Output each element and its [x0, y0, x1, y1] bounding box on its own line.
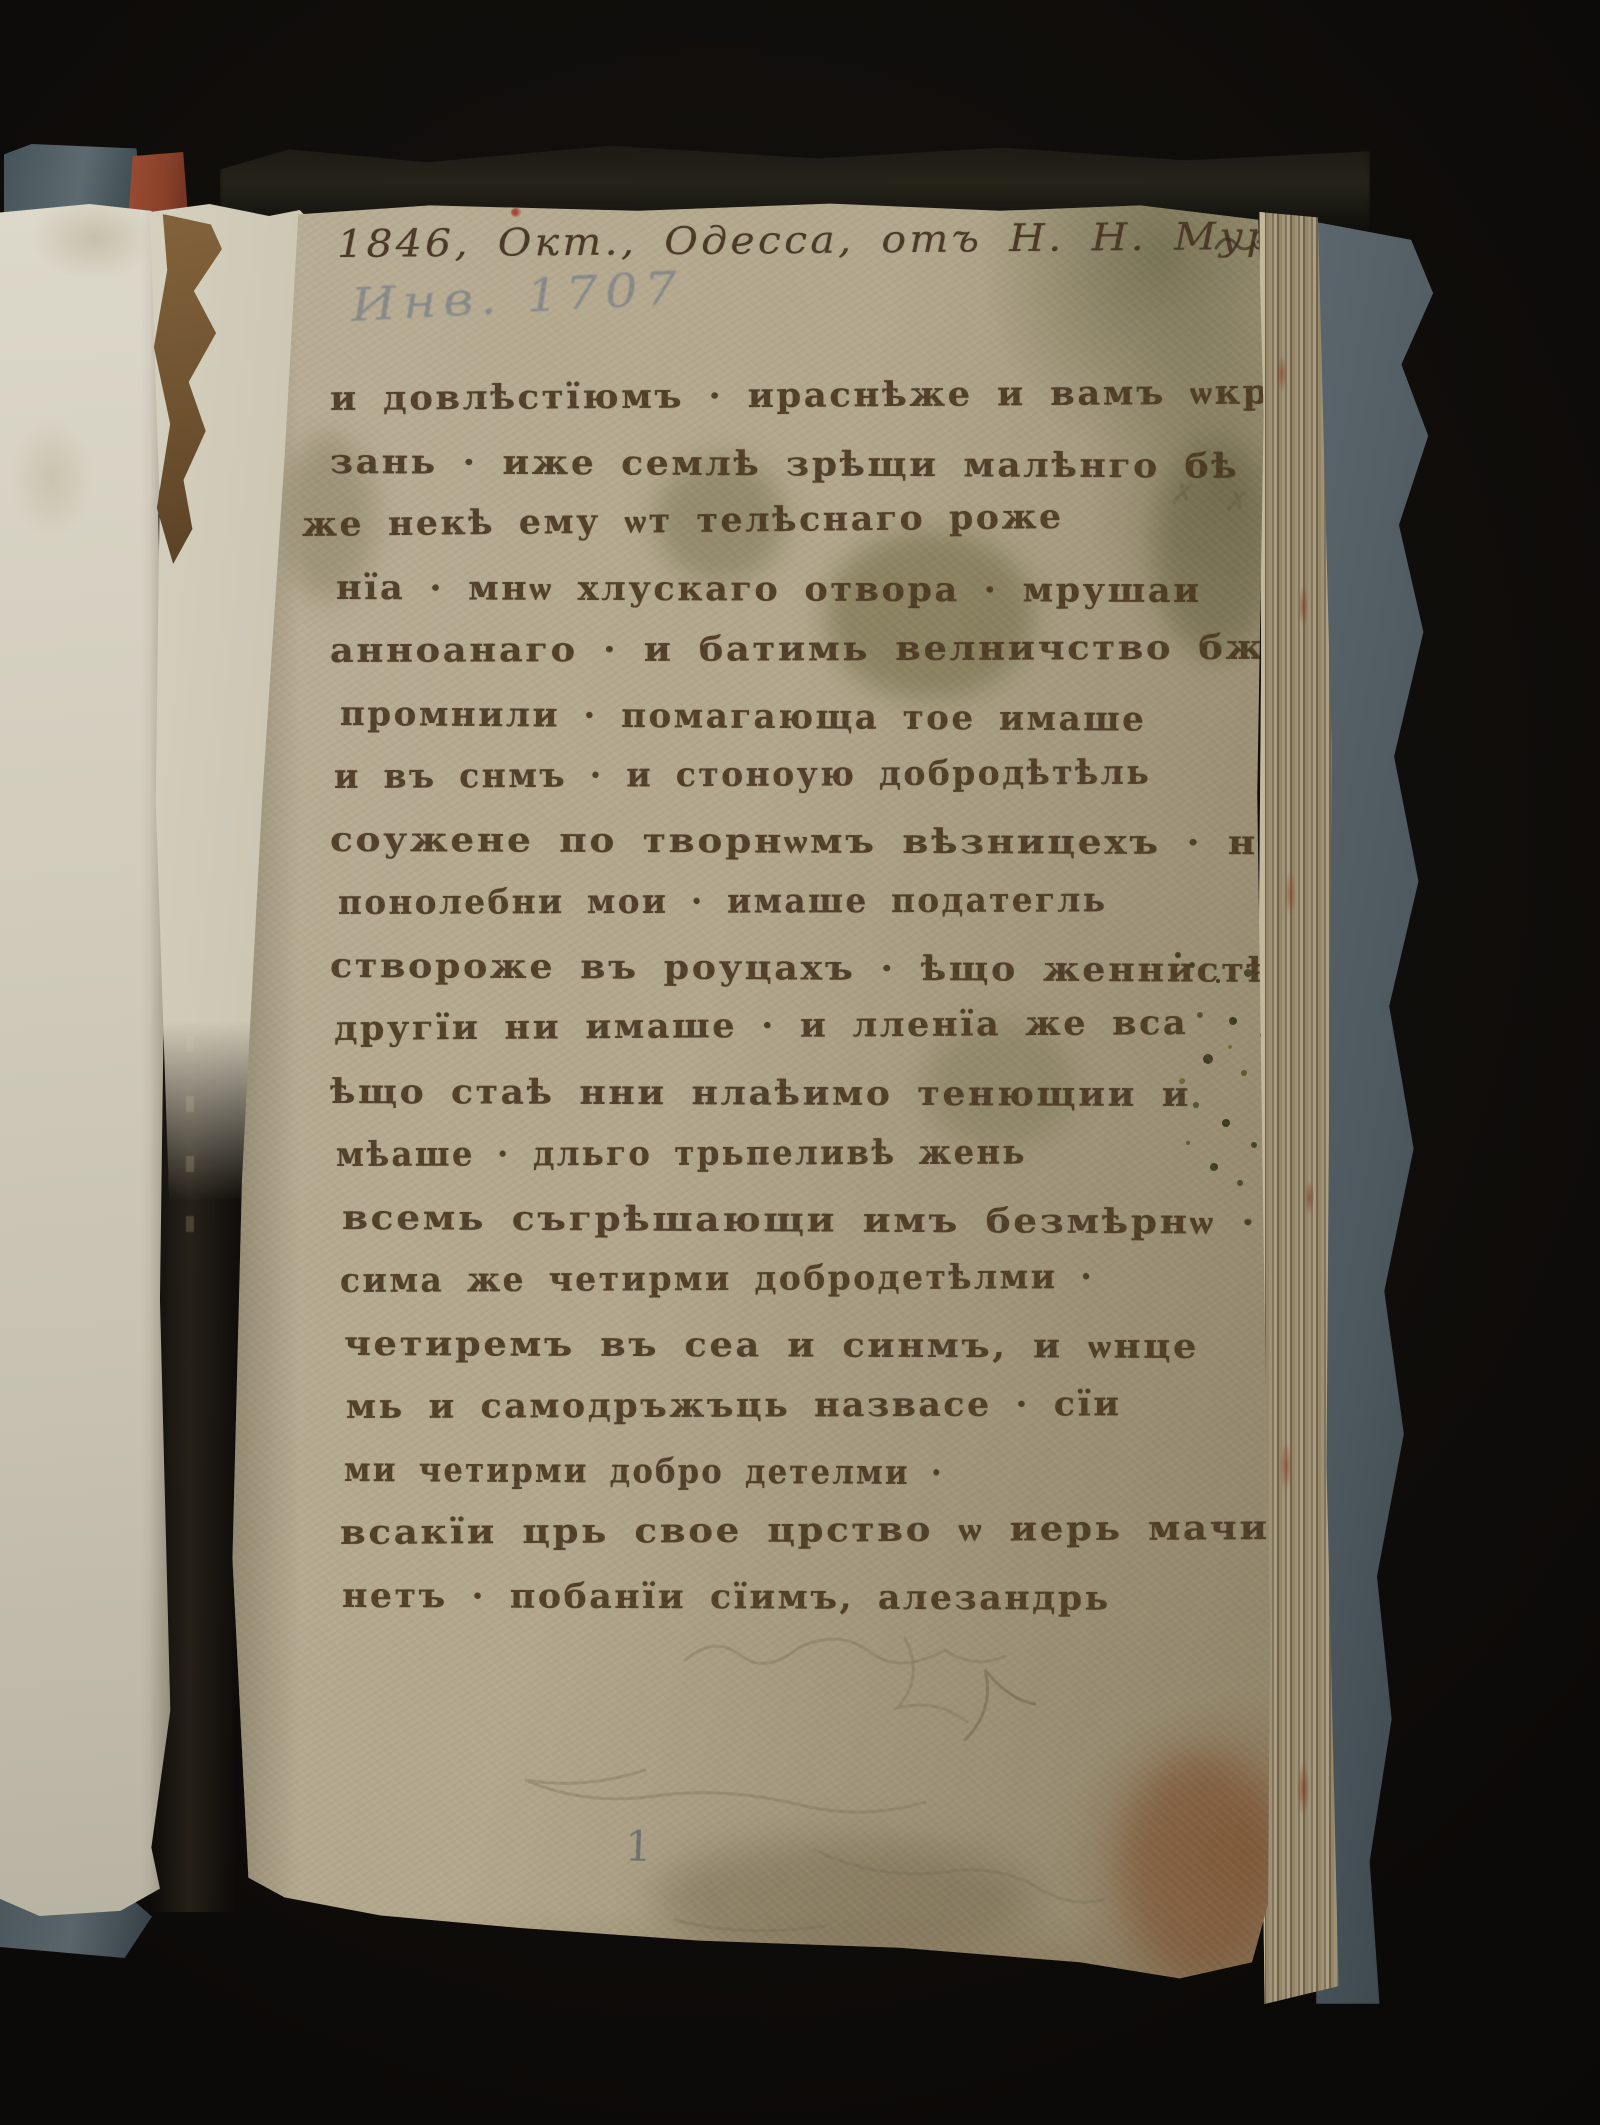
manuscript-line: четиремъ въ сеа и синмъ, и ѡнце — [344, 1313, 1301, 1379]
manuscript-line: анноанаго · и батимь велничство бжїц — [330, 617, 1302, 683]
manuscript-line: нїа · мнѡ хлускаго отвора · мрушаи — [336, 557, 1257, 623]
inventory-note: Инв. 1707 — [350, 261, 686, 332]
rust-stain — [1120, 1755, 1285, 1980]
manuscript-line: ми четирми добро детелми · — [344, 1439, 1142, 1506]
manuscript-line: и довлѣстїюмъ · ираснѣже и вамъ ѡкра — [330, 361, 1266, 431]
manuscript-line: ѣщо стаѣ нни нлаѣимо тенющии и — [330, 1061, 1284, 1127]
back-cover-ragged-edge — [1316, 222, 1438, 2004]
pencil-digit: 1 — [624, 1822, 652, 1872]
manuscript-text-block: и довлѣстїюмъ · ираснѣже и вамъ ѡкра зан… — [330, 368, 1230, 1628]
red-pigment-mark — [511, 208, 523, 217]
manuscript-line: соужене по творнѡмъ вѣзницехъ · нѡ — [330, 809, 1320, 875]
manuscript-line: мь и самодръжъць назвасе · сїи — [346, 1373, 1248, 1439]
manuscript-line: сима же четирми добродетѣлми · — [340, 1245, 1204, 1313]
manuscript-line: всакїи црь свое црство ѡ иерь мачи — [340, 1497, 1310, 1565]
manuscript-line: и въ снмъ · и стоноую добродѣтѣль — [334, 741, 1203, 809]
manuscript-line: мѣаше · дльго трьпеливѣ жень — [336, 1121, 1186, 1187]
manuscript-line: же некѣ ему ѡт телѣснаго роже — [302, 484, 1249, 557]
photo-backdrop: 1846, Окт., Одесса, отъ Н. Н. Мурзакев. … — [0, 0, 1600, 2125]
manuscript-page: 1846, Окт., Одесса, отъ Н. Н. Мурзакев. … — [225, 200, 1287, 2000]
faint-pencil-scribbles — [345, 1620, 1105, 1950]
left-blank-page — [0, 204, 172, 1916]
manuscript-line: другїи ни имаше · и лленїа же вса — [334, 992, 1257, 1061]
manuscript-line: понолебни мои · имаше податегль — [338, 869, 1195, 935]
